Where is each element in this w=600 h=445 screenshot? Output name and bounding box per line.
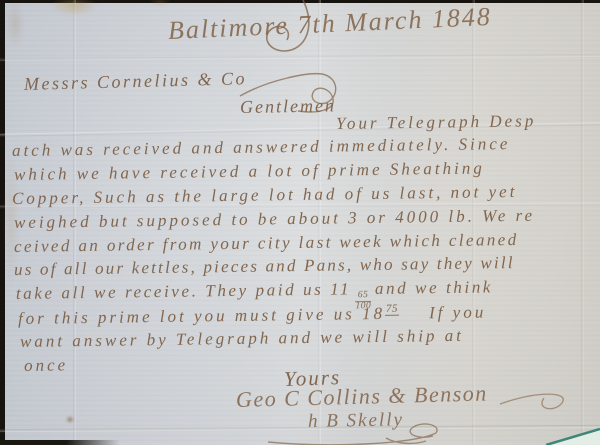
letter-line-text: and we think [375, 277, 493, 298]
letter-line-text: If you [429, 302, 486, 322]
letter-line: once [24, 355, 68, 376]
photo-background: Baltimore 7th March 1848 Messrs Corneliu… [0, 0, 600, 445]
letter-line-text: for this prime lot you must give us 18 [18, 304, 385, 328]
paper-edge-shadow [0, 440, 120, 445]
letter-line-text: take all we receive. They paid us 11 [16, 279, 352, 303]
price-superscript: 75 [385, 303, 399, 316]
signature-clerk-text: h B Skelly [308, 409, 404, 433]
salutation-text: Gentlemen [240, 95, 336, 118]
letter-line: Your Telegraph Desp [336, 111, 537, 134]
